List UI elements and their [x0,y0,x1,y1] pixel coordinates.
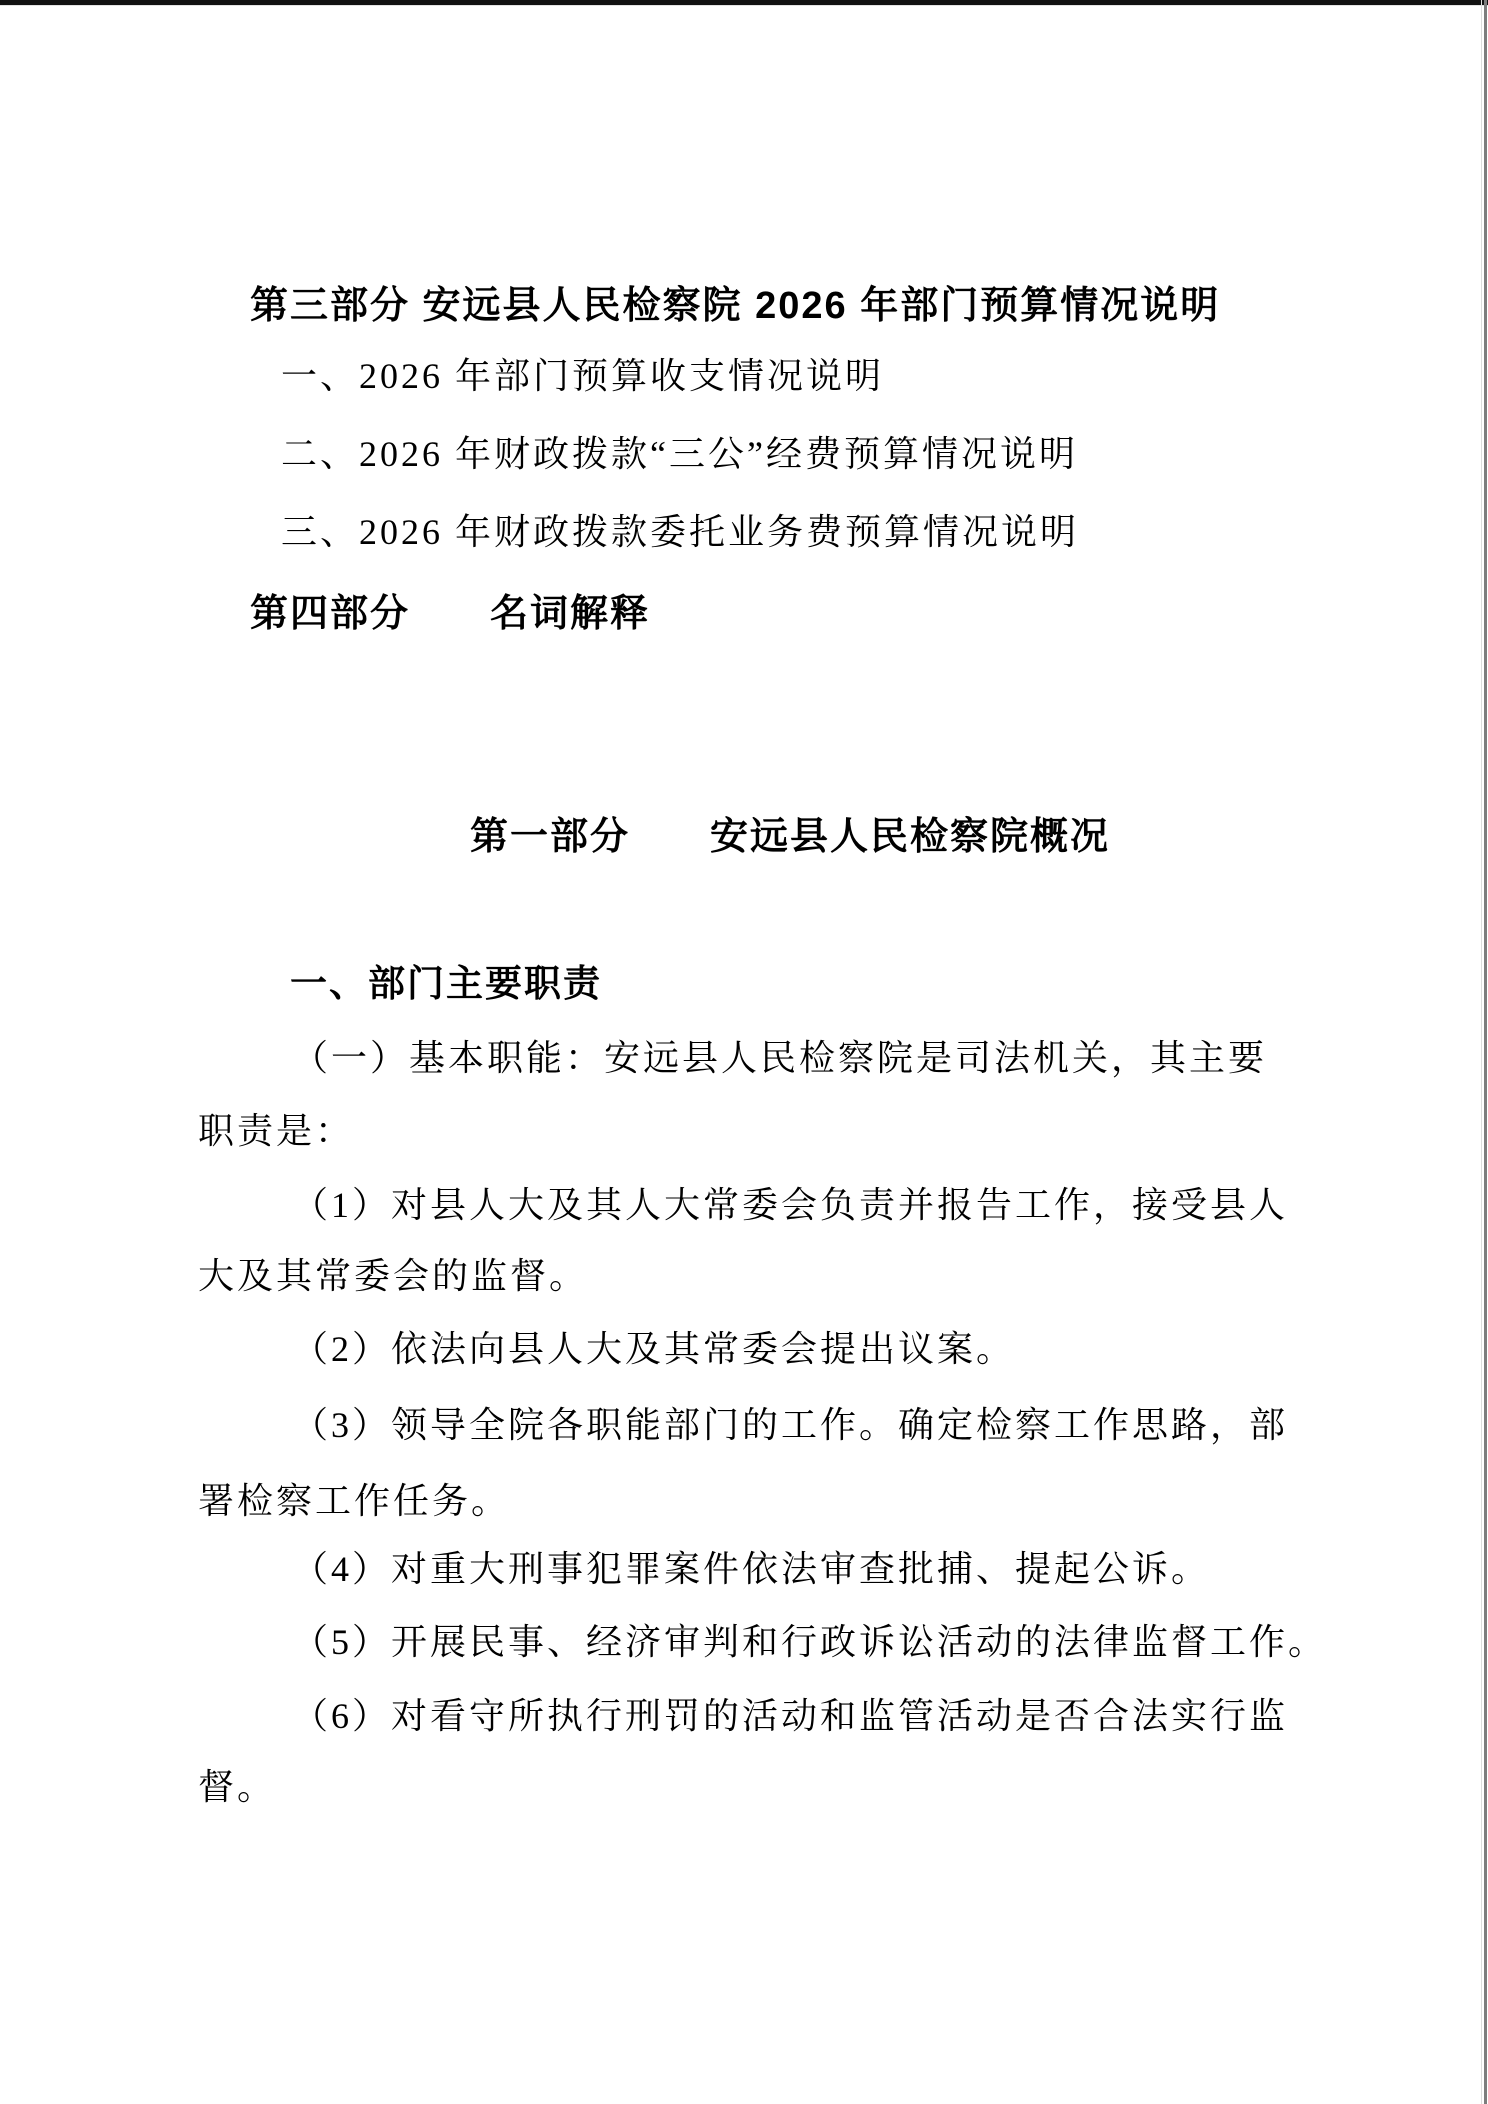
section1-heading: 一、部门主要职责 [290,962,602,1006]
body-line-basic-function: （一）基本职能：安远县人民检察院是司法机关，其主要 [292,1037,1267,1079]
part1-heading: 第一部分 安远县人民检察院概况 [470,815,1110,860]
body-line-duty-3: （3）领导全院各职能部门的工作。确定检察工作思路，部 [292,1404,1288,1446]
body-line-duty-3-cont: 署检察工作任务。 [198,1480,510,1522]
body-line-duty-1: （1）对县人大及其人大常委会负责并报告工作，接受县人 [292,1184,1288,1226]
toc-item-3: 三、2026 年财政拨款委托业务费预算情况说明 [281,511,1079,553]
body-line-duty-1-cont: 大及其常委会的监督。 [198,1255,588,1297]
body-line-duty-5: （5）开展民事、经济审判和行政诉讼活动的法律监督工作。 [292,1621,1327,1663]
body-line-duty-6: （6）对看守所执行刑罚的活动和监管活动是否合法实行监 [292,1695,1288,1737]
document-page: 第三部分 安远县人民检察院 2026 年部门预算情况说明 一、2026 年部门预… [0,0,1488,2104]
top-border-bar [0,0,1488,6]
part3-heading: 第三部分 安远县人民检察院 2026 年部门预算情况说明 [250,284,1220,329]
part4-heading: 第四部分 名词解释 [250,592,650,637]
body-line-duty-6-cont: 督。 [198,1766,276,1808]
toc-item-1: 一、2026 年部门预算收支情况说明 [281,355,884,397]
right-edge-highlight [1481,0,1482,2104]
toc-item-2: 二、2026 年财政拨款“三公”经费预算情况说明 [281,433,1078,475]
body-line-duty-2: （2）依法向县人大及其常委会提出议案。 [292,1328,1015,1370]
right-edge-border [1484,0,1487,2104]
body-line-duties-intro: 职责是： [198,1110,354,1152]
body-line-duty-4: （4）对重大刑事犯罪案件依法审查批捕、提起公诉。 [292,1548,1210,1590]
